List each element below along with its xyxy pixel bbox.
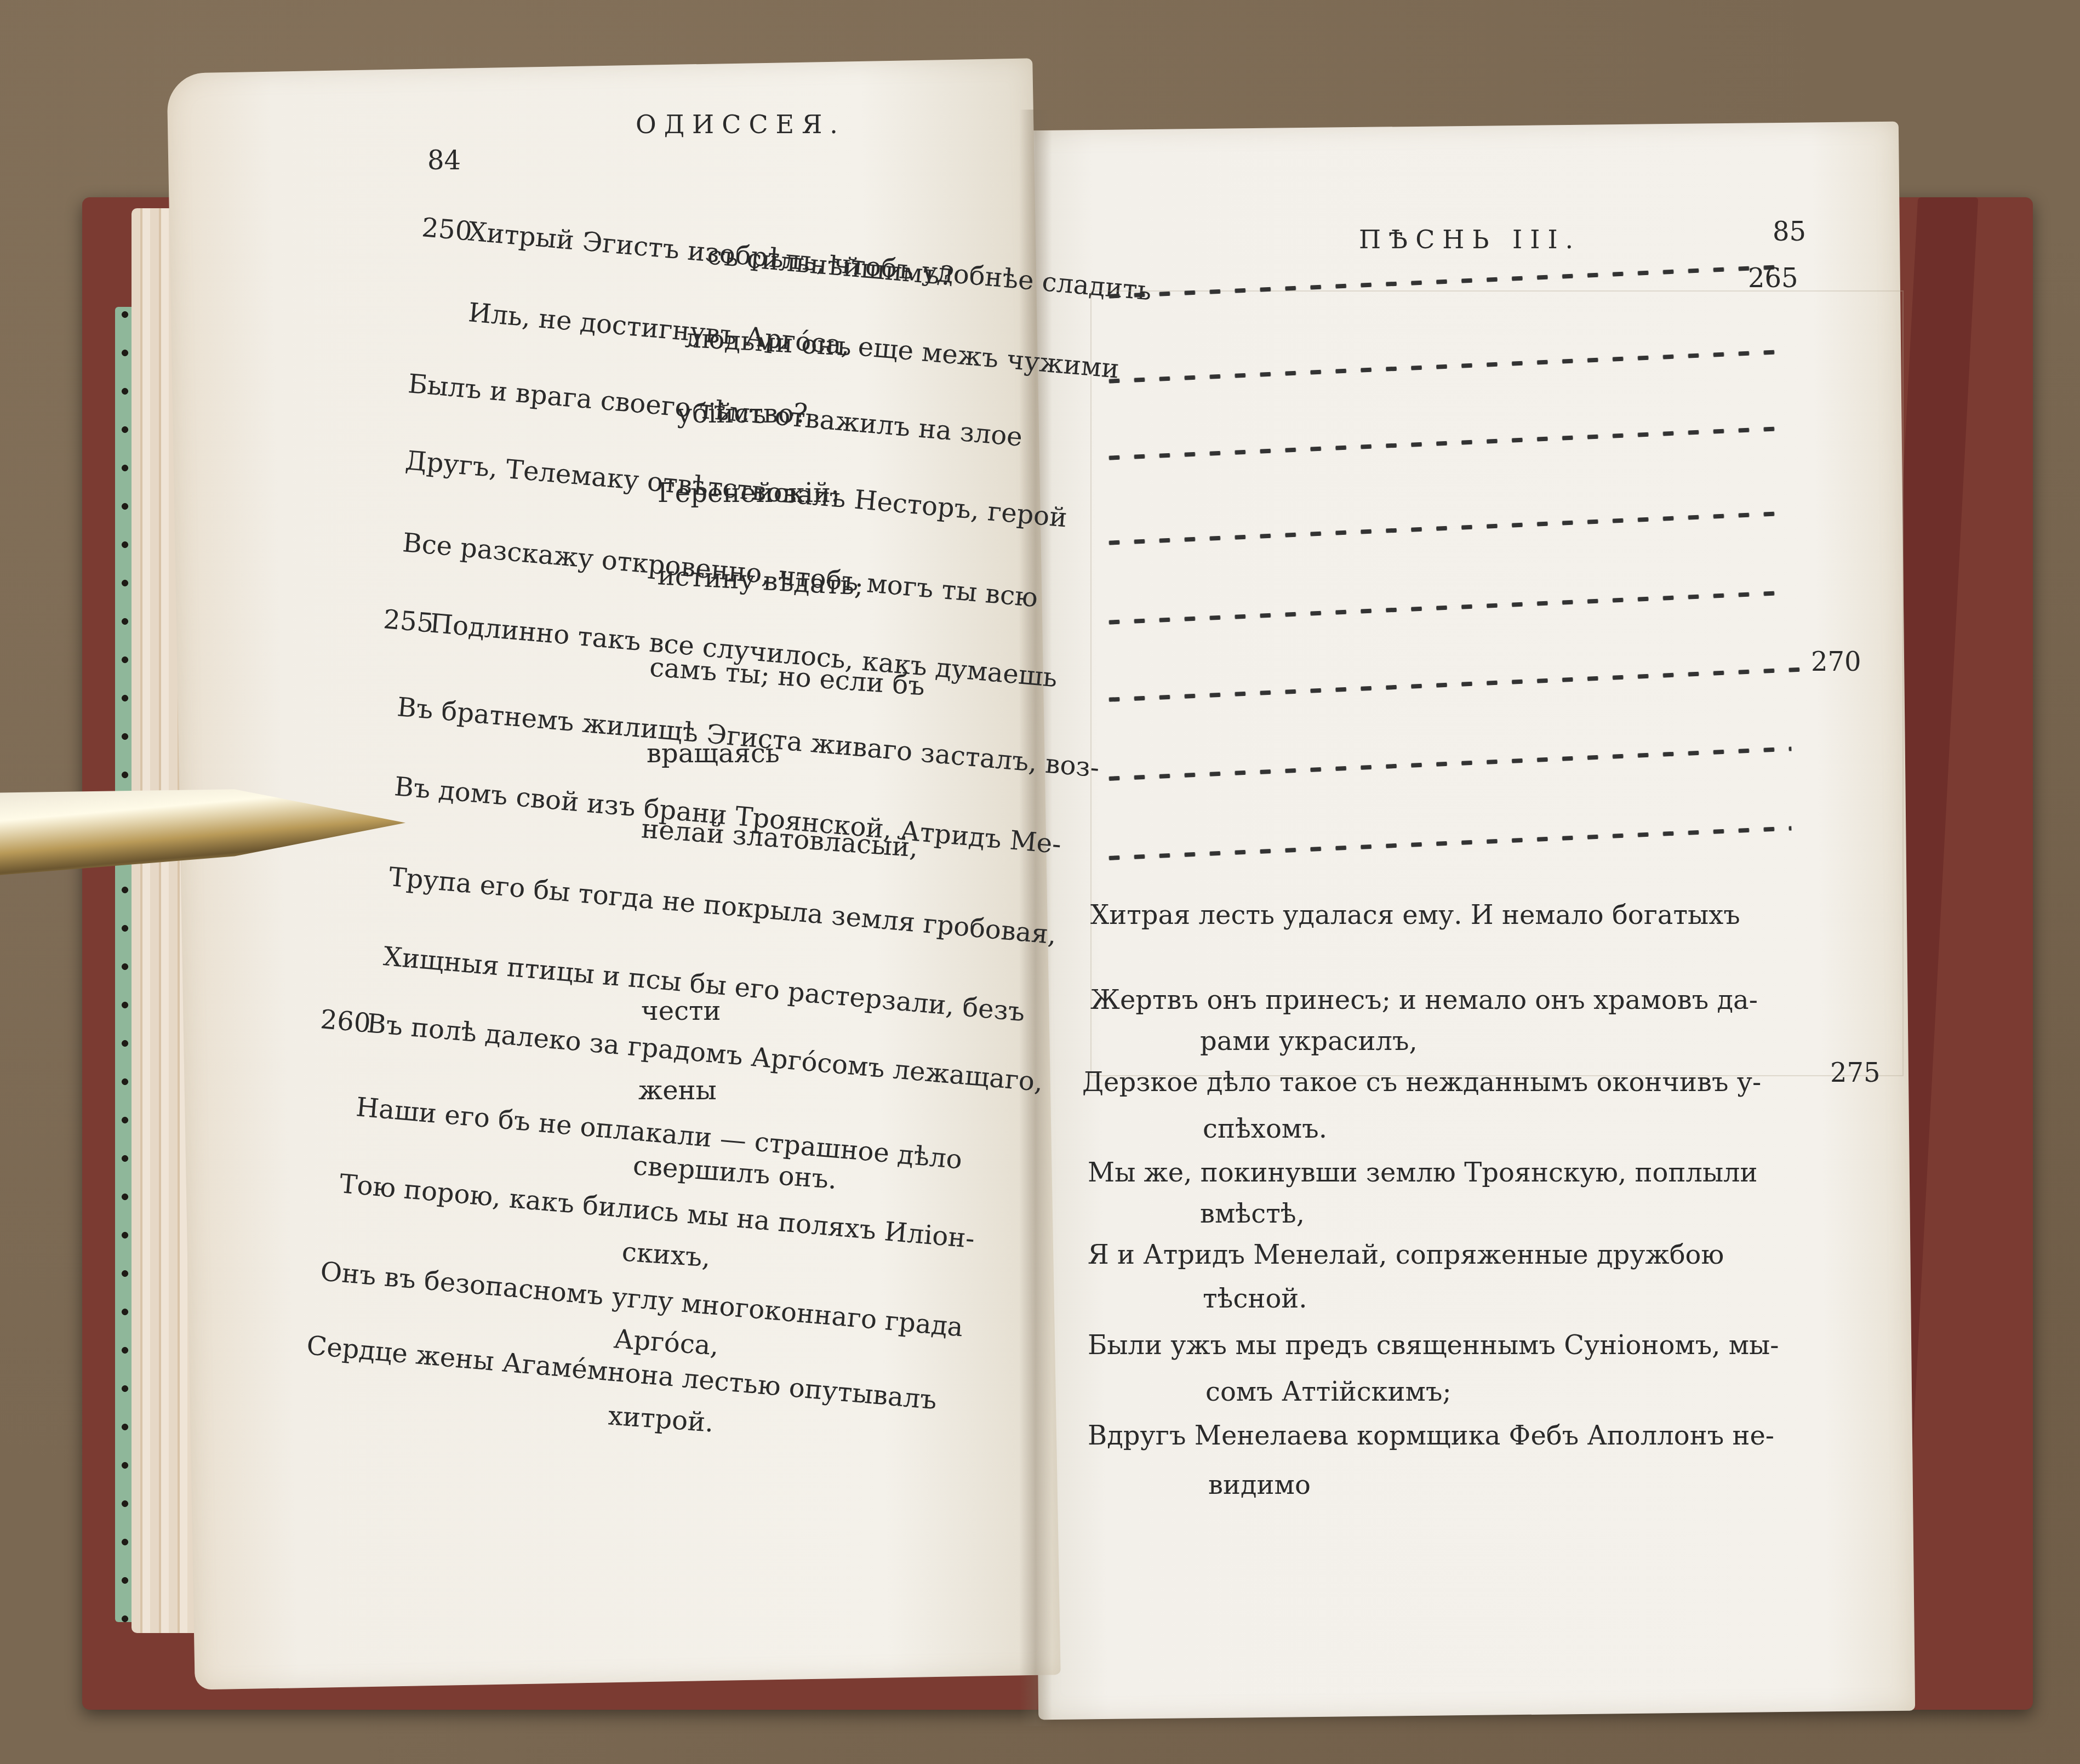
left-running-head: ОДИССЕЯ. xyxy=(636,110,845,139)
line-number-270: 270 xyxy=(1811,647,1861,677)
verse-continuation: видимо xyxy=(1208,1469,1311,1502)
verse-continuation: тѣсной. xyxy=(1203,1282,1307,1315)
line-number-275: 275 xyxy=(1830,1058,1881,1088)
left-page xyxy=(167,58,1060,1689)
verse-line: Хитрая лесть удалася ему. И немало богат… xyxy=(1090,899,1740,932)
verse-continuation: спѣхомъ. xyxy=(1203,1112,1327,1145)
verse-line: Жертвъ онъ принесъ; и немало онъ храмовъ… xyxy=(1090,984,1758,1017)
left-page-number: 84 xyxy=(427,145,461,176)
verse-continuation: вращаясь xyxy=(647,737,780,770)
verse-continuation: убійство? xyxy=(677,397,808,430)
verse-continuation: рами украсилъ, xyxy=(1200,1025,1418,1058)
verse-line: Вдругъ Менелаева кормщика Фебъ Аполлонъ … xyxy=(1088,1419,1774,1452)
verse-line: Дерзкое дѣло такое съ нежданнымъ окончив… xyxy=(1082,1066,1761,1099)
right-page-number: 85 xyxy=(1773,216,1806,247)
verse-continuation: вмѣстѣ, xyxy=(1200,1197,1305,1230)
line-number-265: 265 xyxy=(1748,263,1798,294)
verse-continuation: сомъ Аттійскимъ; xyxy=(1205,1375,1452,1408)
verse-continuation: Геренейскій: xyxy=(658,477,839,510)
verse-continuation: скихъ, xyxy=(621,1235,712,1274)
right-running-head: ПѢСНЬ III. xyxy=(1359,225,1581,254)
verse-continuation: чести xyxy=(641,995,721,1027)
verse-line: Я и Атридъ Менелай, сопряженные дружбою xyxy=(1088,1238,1724,1271)
verse-line: Мы же, покинувши землю Троянскую, поплыл… xyxy=(1088,1156,1758,1189)
verse-line: Были ужъ мы предъ священнымъ Суніономъ, … xyxy=(1088,1329,1779,1362)
verse-continuation: жены xyxy=(638,1074,717,1107)
